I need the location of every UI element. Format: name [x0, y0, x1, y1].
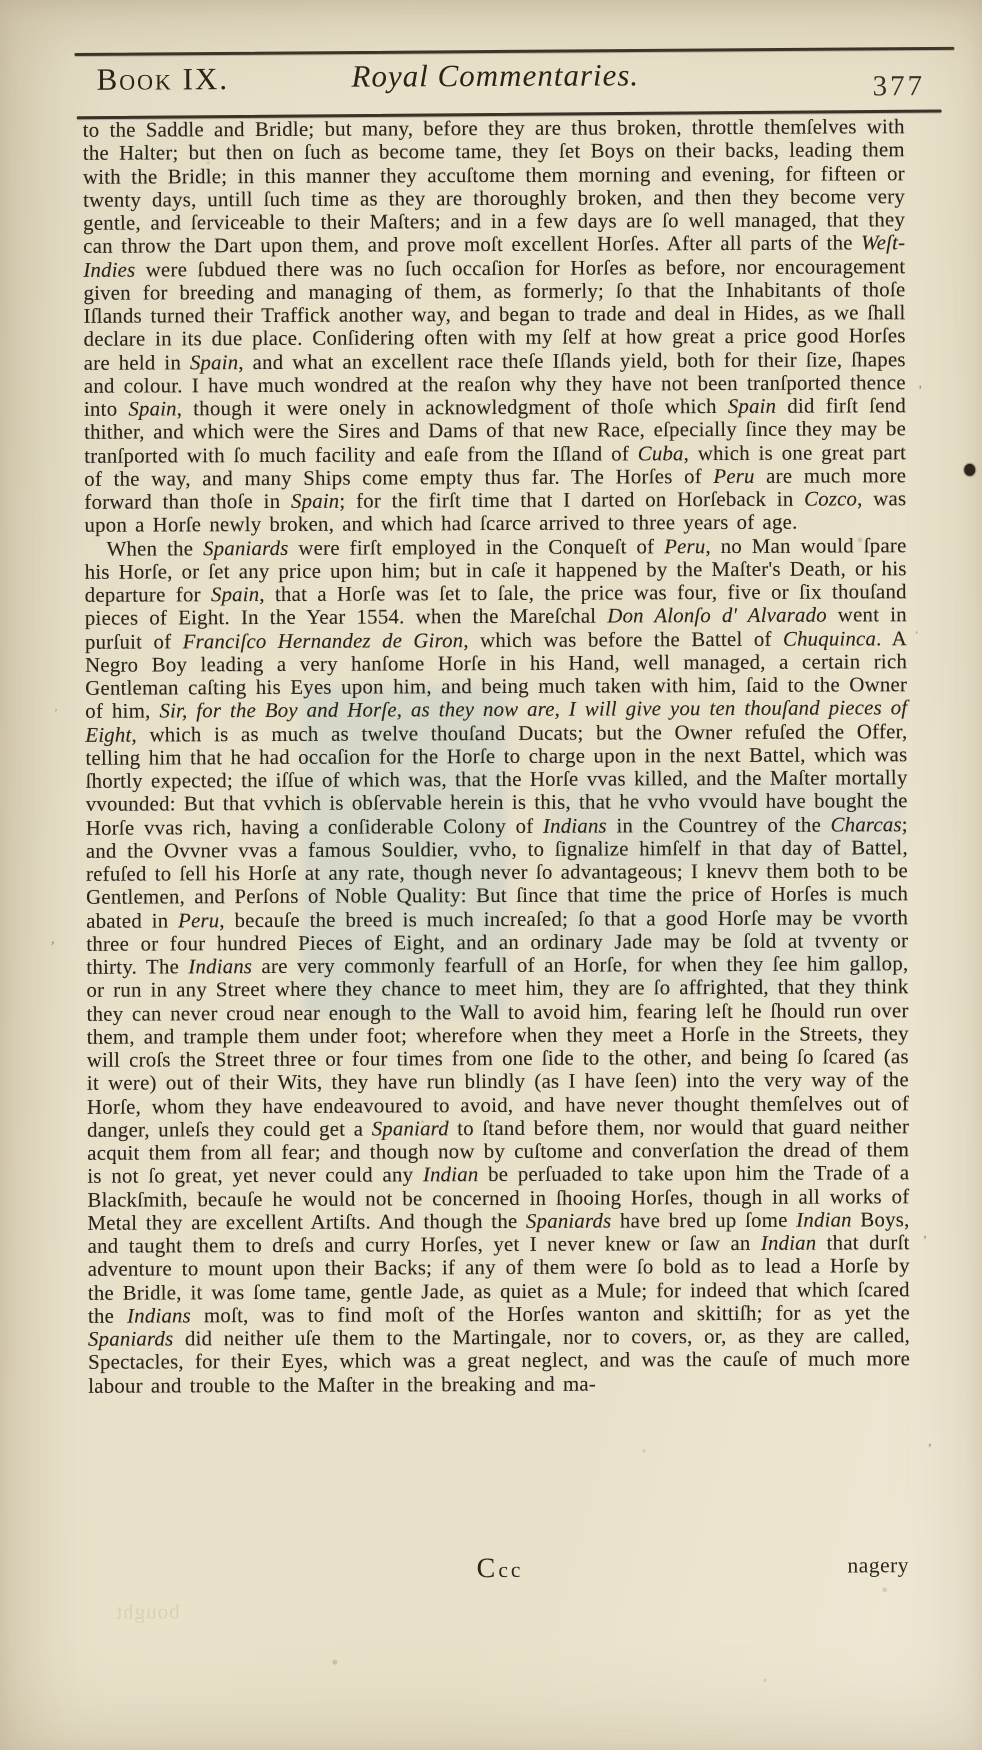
margin-speck: [918, 384, 923, 400]
page-footer: Ccc nagery: [89, 1551, 911, 1591]
margin-speck: [923, 1234, 928, 1250]
paragraph: When the Spaniards were firſt employed i…: [85, 534, 911, 1398]
page-number: 377: [872, 70, 925, 103]
signature-mark: Ccc: [89, 1551, 911, 1587]
margin-speck: [915, 630, 918, 641]
scanned-page: Book IX. Royal Commentaries. 377 to the …: [0, 0, 982, 1750]
paragraph: to the Saddle and Bridle; but many, befo…: [83, 115, 907, 537]
top-rule: [74, 47, 954, 56]
margin-speck: [54, 708, 57, 719]
margin-speck: [927, 1442, 932, 1458]
show-through-text: bought: [115, 1599, 179, 1624]
ink-blot: [964, 464, 975, 476]
book-label: Book IX.: [96, 61, 229, 98]
running-title: Royal Commentaries.: [351, 57, 639, 94]
body-text: to the Saddle and Bridle; but many, befo…: [83, 115, 911, 1397]
catchword: nagery: [847, 1553, 909, 1578]
margin-speck: [50, 940, 55, 956]
